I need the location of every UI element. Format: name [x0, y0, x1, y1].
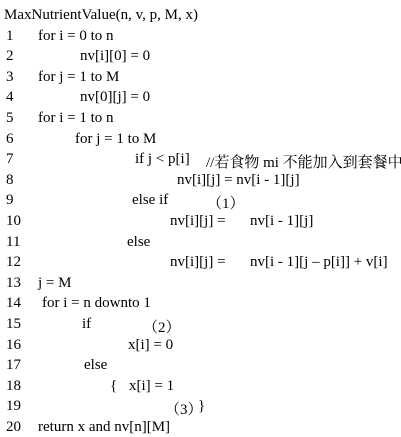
- code-text: for i = 1 to n: [38, 110, 114, 127]
- code-line: 15if（2）: [0, 316, 401, 337]
- line-number: 19: [6, 398, 21, 415]
- brace-close: }: [198, 398, 205, 415]
- code-text: for i = n downto 1: [42, 295, 151, 312]
- code-text: for j = 1 to M: [38, 69, 119, 86]
- code-line: 16x[i] = 0: [0, 337, 401, 358]
- code-text: else if: [132, 192, 168, 209]
- line-number: 2: [6, 48, 14, 65]
- line-number: 10: [6, 213, 21, 230]
- code-text: for i = 0 to n: [38, 28, 114, 45]
- code-text: nv[0][j] = 0: [80, 89, 150, 106]
- brace-open: {: [110, 378, 117, 395]
- code-text: nv[i][0] = 0: [80, 48, 150, 65]
- code-line: 18{x[i] = 1: [0, 378, 401, 399]
- code-text: else: [127, 234, 150, 251]
- line-number: 7: [6, 151, 14, 168]
- code-line: 17else: [0, 357, 401, 378]
- pseudocode-lines: 1for i = 0 to n2nv[i][0] = 03for j = 1 t…: [0, 28, 401, 437]
- line-number: 13: [6, 275, 21, 292]
- code-line: 1for i = 0 to n: [0, 28, 401, 49]
- line-number: 15: [6, 316, 21, 333]
- code-text: for j = 1 to M: [75, 131, 156, 148]
- line-number: 6: [6, 131, 14, 148]
- code-line: 12nv[i][j] =nv[i - 1][j – p[i]] + v[i]: [0, 254, 401, 275]
- blank-placeholder: （1）: [207, 192, 245, 213]
- code-line: 11else: [0, 234, 401, 255]
- code-line: 7if j < p[i]//若食物 mi 不能加入到套餐中: [0, 151, 401, 172]
- line-number: 11: [6, 234, 20, 251]
- line-number: 12: [6, 254, 21, 271]
- code-line: 8nv[i][j] = nv[i - 1][j]: [0, 172, 401, 193]
- code-text: x[i] = 1: [129, 378, 174, 395]
- code-line: 6for j = 1 to M: [0, 131, 401, 152]
- code-text: nv[i - 1][j – p[i]] + v[i]: [250, 254, 388, 271]
- line-number: 3: [6, 69, 14, 86]
- code-text: nv[i - 1][j]: [250, 213, 313, 230]
- code-line: 9else if（1）: [0, 192, 401, 213]
- code-line: 20return x and nv[n][M]: [0, 419, 401, 437]
- algorithm-title: MaxNutrientValue(n, v, p, M, x): [0, 7, 401, 28]
- code-line: 3for j = 1 to M: [0, 69, 401, 90]
- line-number: 9: [6, 192, 14, 209]
- code-line: 13j = M: [0, 275, 401, 296]
- code-line: 19（3）}: [0, 398, 401, 419]
- line-number: 18: [6, 378, 21, 395]
- line-number: 16: [6, 337, 21, 354]
- code-text: x[i] = 0: [128, 337, 173, 354]
- pseudocode-listing: MaxNutrientValue(n, v, p, M, x) 1for i =…: [0, 0, 401, 437]
- code-line: 4nv[0][j] = 0: [0, 89, 401, 110]
- code-text: nv[i][j] =: [170, 254, 226, 271]
- line-number: 14: [6, 295, 21, 312]
- code-text: nv[i][j] =: [170, 213, 226, 230]
- line-number: 8: [6, 172, 14, 189]
- line-number: 4: [6, 89, 14, 106]
- line-number: 5: [6, 110, 14, 127]
- line-number: 17: [6, 357, 21, 374]
- code-text: if: [82, 316, 91, 333]
- comment-text: //若食物 mi 不能加入到套餐中: [206, 151, 401, 172]
- code-text: if j < p[i]: [135, 151, 190, 168]
- code-text: return x and nv[n][M]: [38, 419, 170, 436]
- code-text: j = M: [38, 275, 71, 292]
- code-line: 5for i = 1 to n: [0, 110, 401, 131]
- code-line: 2nv[i][0] = 0: [0, 48, 401, 69]
- code-text: nv[i][j] = nv[i - 1][j]: [177, 172, 300, 189]
- blank-placeholder: （2）: [143, 316, 181, 337]
- line-number: 1: [6, 28, 14, 45]
- blank-placeholder: （3）: [165, 398, 203, 419]
- code-text: else: [84, 357, 107, 374]
- code-line: 10nv[i][j] =nv[i - 1][j]: [0, 213, 401, 234]
- code-line: 14for i = n downto 1: [0, 295, 401, 316]
- line-number: 20: [6, 419, 21, 436]
